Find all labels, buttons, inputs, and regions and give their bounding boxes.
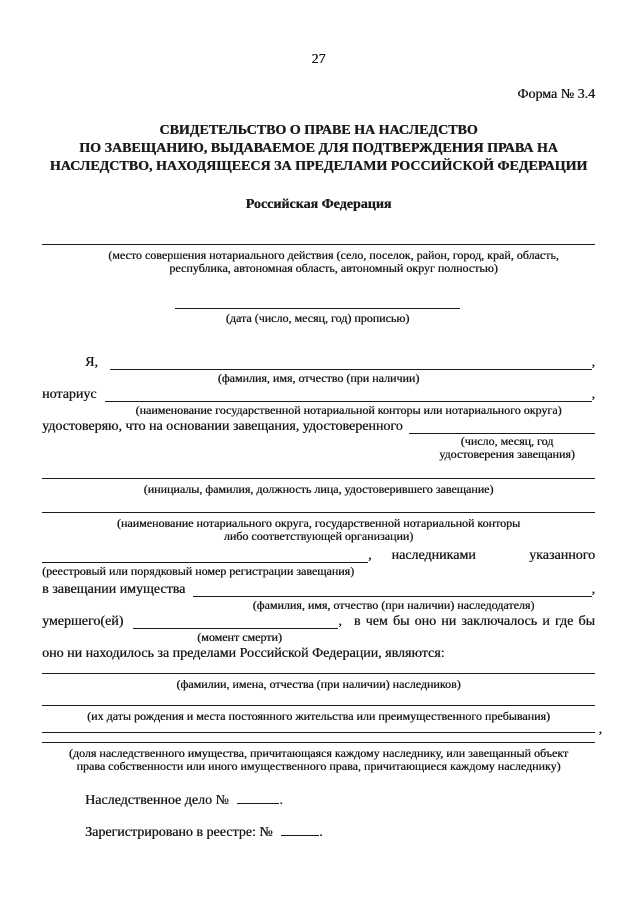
registered-label: Зарегистрировано в реестре: № [85, 825, 273, 840]
heirs-caption: (фамилии, имена, отчества (при наличии) … [42, 678, 595, 691]
deceased-tail-word: оно [415, 614, 437, 629]
place-caption-line-2: республика, автономная область, автономн… [72, 262, 595, 275]
residence-caption: (их даты рождения и места постоянного жи… [42, 710, 595, 723]
case-number-label: Наследственное дело № [85, 793, 229, 808]
registry-fill-line [42, 548, 368, 563]
residence-fill-line [42, 705, 595, 706]
document-page: 27 Форма № 3.4 СВИДЕТЕЛЬСТВО О ПРАВЕ НА … [0, 0, 640, 905]
date-field: (дата (число, месяц, год) прописью) [175, 308, 460, 325]
declarant-caption: (фамилия, имя, отчество (при наличии) [42, 372, 595, 385]
heirs-lead-word-2: указанного [529, 548, 595, 563]
testator-caption: (фамилия, имя, отчество (при наличии) на… [42, 599, 595, 612]
notary-lead: нотариус [42, 387, 97, 402]
share-caption-line-2: права собственности или иного имуществен… [42, 760, 595, 773]
heirs-lead-words: наследниками указанного [372, 548, 596, 563]
period: . [279, 793, 283, 808]
declarant-fill-line [110, 355, 592, 370]
deceased-tail-word: где [555, 614, 573, 629]
period: . [319, 825, 323, 840]
share-fill-line-1: , [42, 732, 595, 733]
org-caption: (наименование нотариального округа, госу… [42, 517, 595, 543]
will-date-caption-line-2: удостоверения завещания) [422, 448, 592, 461]
deceased-tail-words: в чем бы оно ни заключалось и где бы [342, 614, 595, 629]
place-caption: (место совершения нотариального действия… [42, 249, 595, 275]
notary-caption: (наименование государственной нотариальн… [42, 404, 595, 417]
comma: , [599, 722, 603, 738]
title-line-2: ПО ЗАВЕЩАНИЮ, ВЫДАВАЕМОЕ ДЛЯ ПОДТВЕРЖДЕН… [42, 140, 595, 158]
deceased-lead: умершего(ей) [42, 614, 123, 629]
comma: , [592, 355, 596, 370]
death-moment-caption: (момент смерти) [137, 631, 342, 644]
case-number-line: Наследственное дело № . [85, 793, 595, 808]
org-caption-line-2: либо соответствующей организации) [42, 530, 595, 543]
heirs-fill-line [42, 673, 595, 674]
attestor-caption: (инициалы, фамилия, должность лица, удос… [42, 483, 595, 496]
org-fill-line [42, 512, 595, 513]
deceased-tail-word: в [354, 614, 361, 629]
deceased-tail-word: чем [366, 614, 388, 629]
comma: , [592, 387, 596, 402]
country-heading: Российская Федерация [42, 197, 595, 212]
testator-fill-line [193, 582, 591, 597]
document-title: СВИДЕТЕЛЬСТВО О ПРАВЕ НА НАСЛЕДСТВО ПО З… [42, 122, 595, 176]
will-date-fill-line [409, 419, 595, 434]
notary-row: нотариус , [42, 387, 595, 402]
certify-lead: удостоверяю, что на основании завещания,… [42, 419, 403, 434]
registry-record-line: Зарегистрировано в реестре: № . [85, 825, 595, 840]
certify-row: удостоверяю, что на основании завещания,… [42, 419, 595, 434]
date-fill-line [175, 308, 460, 309]
title-line-1: СВИДЕТЕЛЬСТВО О ПРАВЕ НА НАСЛЕДСТВО [42, 122, 595, 140]
deceased-tail-word: заключалось [461, 614, 537, 629]
page-number: 27 [42, 52, 595, 67]
declarant-row: Я, , [42, 355, 595, 370]
heirs-lead-word-1: наследниками [392, 548, 476, 563]
deceased-tail-word: и [542, 614, 550, 629]
place-fill-line [42, 244, 595, 245]
estate-lead: в завещании имущества [42, 582, 185, 597]
declarant-lead: Я, [85, 355, 98, 370]
registered-blank [281, 831, 319, 836]
deceased-row: умершего(ей) , в чем бы оно ни заключало… [42, 614, 595, 629]
deceased-tail-word: бы [578, 614, 595, 629]
attestor-fill-line [42, 478, 595, 479]
title-line-3: НАСЛЕДСТВО, НАХОДЯЩЕЕСЯ ЗА ПРЕДЕЛАМИ РОС… [42, 158, 595, 176]
death-moment-fill-line [133, 614, 338, 629]
registry-row: , наследниками указанного [42, 548, 595, 563]
case-number-blank [237, 799, 279, 804]
share-caption: (доля наследственного имущества, причита… [42, 747, 595, 773]
share-fill-line-2 [42, 742, 595, 743]
form-number: Форма № 3.4 [42, 87, 595, 102]
continuation-text: оно ни находилось за пределами Российско… [42, 646, 595, 661]
notary-fill-line [105, 387, 592, 402]
deceased-tail-word: ни [441, 614, 456, 629]
estate-row: в завещании имущества , [42, 582, 595, 597]
comma: , [592, 582, 596, 597]
will-date-caption: (число, месяц, год удостоверения завещан… [422, 435, 592, 461]
date-caption: (дата (число, месяц, год) прописью) [175, 312, 460, 325]
registry-caption: (реестровый или порядковый номер регистр… [42, 565, 595, 578]
deceased-tail-word: бы [393, 614, 410, 629]
